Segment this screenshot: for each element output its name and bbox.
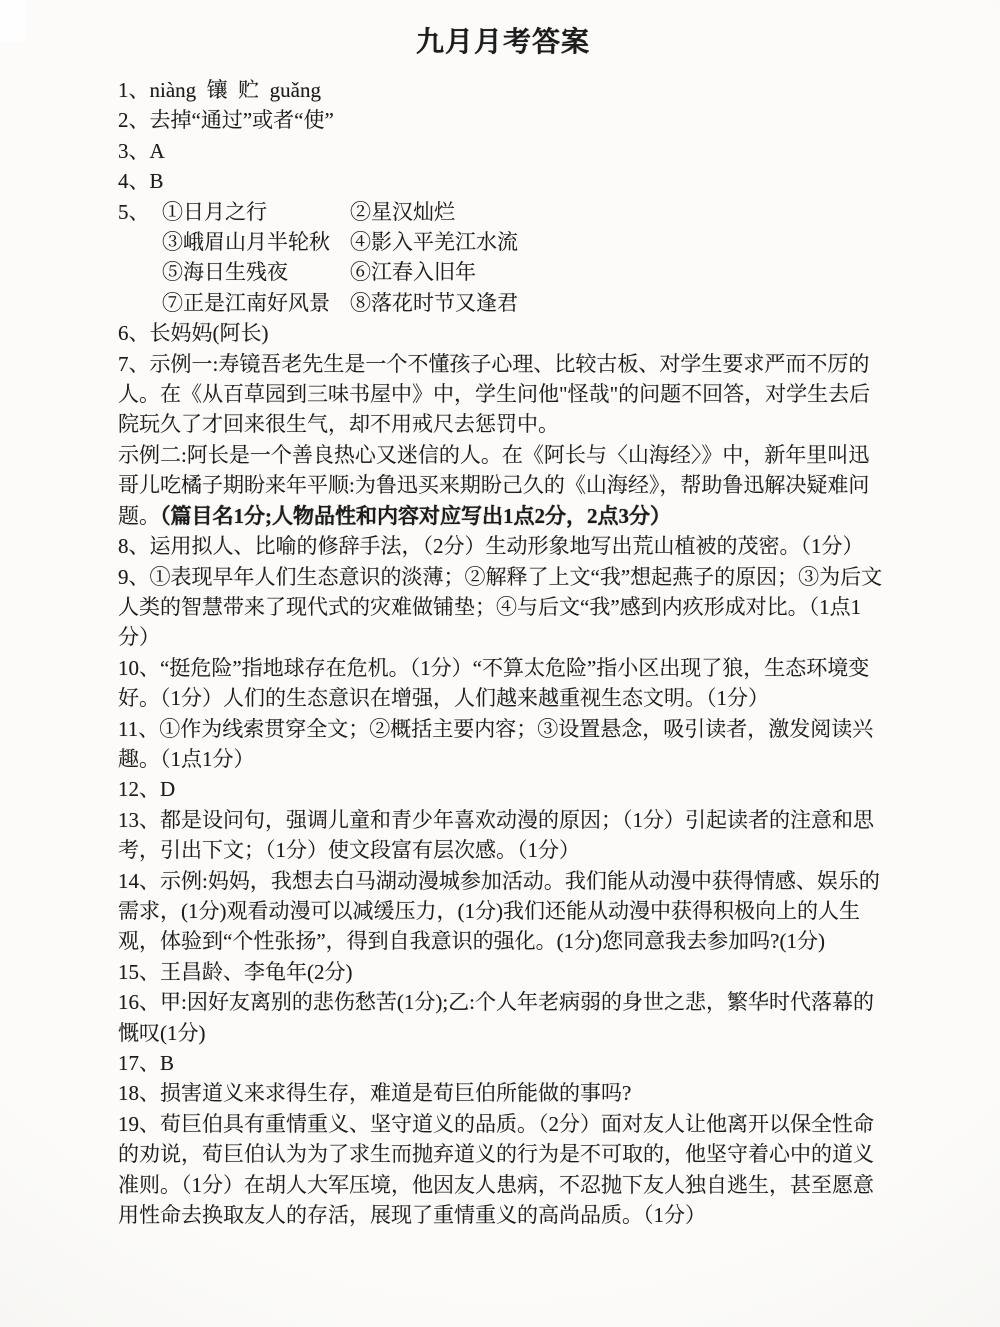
- answer-text: 4、B: [118, 169, 164, 193]
- answer-text: 19、荀巨伯具有重情重义、坚守道义的品质。（2分）面对友人让他离开以保全性命的劝…: [118, 1112, 874, 1227]
- poem-line: ①日月之行: [162, 197, 350, 227]
- page-title: 九月月考答案: [118, 25, 888, 61]
- answer-text: 14、示例:妈妈，我想去白马湖动漫城参加活动。我们能从动漫中获得情感、娱乐的需求…: [118, 869, 880, 954]
- poem-line: ⑦正是江南好风景: [162, 288, 350, 318]
- answer-item-9: 9、①表现早年人们生态意识的淡薄；②解释了上文“我”想起燕子的原因；③为后文人类…: [118, 562, 888, 653]
- poem-row: 5、①日月之行②星汉灿烂: [118, 197, 888, 227]
- poem-row: ⑤海日生残夜⑥江春入旧年: [118, 257, 888, 287]
- answer-item-16: 16、甲:因好友离别的悲伤愁苦(1分);乙:个人年老病弱的身世之悲，繁华时代落幕…: [118, 987, 888, 1048]
- answer-number: [118, 227, 162, 257]
- answer-number: [118, 257, 162, 287]
- answer-text: 9、①表现早年人们生态意识的淡薄；②解释了上文“我”想起燕子的原因；③为后文人类…: [118, 565, 882, 650]
- answer-item-12: 12、D: [118, 774, 888, 804]
- answer-number: [118, 288, 162, 318]
- answer-item-19: 19、荀巨伯具有重情重义、坚守道义的品质。（2分）面对友人让他离开以保全性命的劝…: [118, 1109, 888, 1231]
- score-note: （篇目名1分;人物品性和内容对应写出1点2分，2点3分）: [160, 504, 671, 528]
- answer-text: 15、王昌龄、李龟年(2分): [118, 960, 353, 984]
- answer-item-13: 13、都是设问句，强调儿童和青少年喜欢动漫的原因；（1分）引起读者的注意和思考，…: [118, 805, 888, 866]
- answer-number: 5、: [118, 197, 162, 227]
- poem-line: ⑧落花时节又逢君: [350, 288, 518, 318]
- poem-row: ③峨眉山月半轮秋④影入平羌江水流: [118, 227, 888, 257]
- poem-line: ⑤海日生残夜: [162, 257, 350, 287]
- answer-item-7: 7、示例一:寿镜吾老先生是一个不懂孩子心理、比较古板、对学生要求严而不厉的人。在…: [118, 349, 888, 440]
- answer-text: 10、“挺危险”指地球存在危机。（1分）“不算太危险”指小区出现了狼，生态环境变…: [118, 656, 869, 710]
- poem-row: ⑦正是江南好风景⑧落花时节又逢君: [118, 288, 888, 318]
- answer-item-5: 5、①日月之行②星汉灿烂③峨眉山月半轮秋④影入平羌江水流⑤海日生残夜⑥江春入旧年…: [118, 197, 888, 319]
- answer-text: 12、D: [118, 777, 175, 801]
- answer-item-7: 示例二:阿长是一个善良热心又迷信的人。在《阿长与〈山海经〉》中，新年里叫迅哥儿吃…: [118, 440, 888, 531]
- poem-line: ③峨眉山月半轮秋: [162, 227, 350, 257]
- answer-item-17: 17、B: [118, 1048, 888, 1078]
- answer-item-18: 18、损害道义来求得生存，难道是荀巨伯所能做的事吗?: [118, 1078, 888, 1108]
- answer-text: 18、损害道义来求得生存，难道是荀巨伯所能做的事吗?: [118, 1081, 631, 1105]
- answer-text: 13、都是设问句，强调儿童和青少年喜欢动漫的原因；（1分）引起读者的注意和思考，…: [118, 808, 874, 862]
- answer-item-8: 8、运用拟人、比喻的修辞手法，（2分）生动形象地写出荒山植被的茂密。（1分）: [118, 531, 888, 561]
- answer-item-3: 3、A: [118, 136, 888, 166]
- answer-text: 7、示例一:寿镜吾老先生是一个不懂孩子心理、比较古板、对学生要求严而不厉的人。在…: [118, 352, 870, 437]
- answer-text: 16、甲:因好友离别的悲伤愁苦(1分);乙:个人年老病弱的身世之悲，繁华时代落幕…: [118, 990, 874, 1044]
- poem-line: ⑥江春入旧年: [350, 257, 476, 287]
- answer-item-6: 6、长妈妈(阿长): [118, 318, 888, 348]
- answer-item-10: 10、“挺危险”指地球存在危机。（1分）“不算太危险”指小区出现了狼，生态环境变…: [118, 653, 888, 714]
- answer-item-4: 4、B: [118, 166, 888, 196]
- answer-text: 1、niàng 镶 贮 guǎng: [118, 78, 321, 102]
- poem-line: ②星汉灿烂: [350, 197, 455, 227]
- poem-line: ④影入平羌江水流: [350, 227, 518, 257]
- scanned-answer-sheet: 九月月考答案 1、niàng 镶 贮 guǎng2、去掉“通过”或者“使”3、A…: [0, 0, 1000, 1327]
- answers-list: 1、niàng 镶 贮 guǎng2、去掉“通过”或者“使”3、A4、B5、①日…: [118, 75, 888, 1230]
- answer-text: 3、A: [118, 139, 165, 163]
- answer-text: 17、B: [118, 1051, 174, 1075]
- answer-text: 2、去掉“通过”或者“使”: [118, 108, 334, 132]
- answer-text: 11、①作为线索贯穿全文；②概括主要内容；③设置悬念，吸引读者，激发阅读兴趣。（…: [118, 717, 873, 771]
- answer-text: 8、运用拟人、比喻的修辞手法，（2分）生动形象地写出荒山植被的茂密。（1分）: [118, 534, 864, 558]
- answer-text: 6、长妈妈(阿长): [118, 321, 269, 345]
- answer-item-11: 11、①作为线索贯穿全文；②概括主要内容；③设置悬念，吸引读者，激发阅读兴趣。（…: [118, 714, 888, 775]
- answer-item-14: 14、示例:妈妈，我想去白马湖动漫城参加活动。我们能从动漫中获得情感、娱乐的需求…: [118, 866, 888, 957]
- answer-item-2: 2、去掉“通过”或者“使”: [118, 105, 888, 135]
- answer-item-1: 1、niàng 镶 贮 guǎng: [118, 75, 888, 105]
- answer-item-15: 15、王昌龄、李龟年(2分): [118, 957, 888, 987]
- scan-artifact: [0, 0, 26, 42]
- document-content: 九月月考答案 1、niàng 镶 贮 guǎng2、去掉“通过”或者“使”3、A…: [0, 0, 1000, 1230]
